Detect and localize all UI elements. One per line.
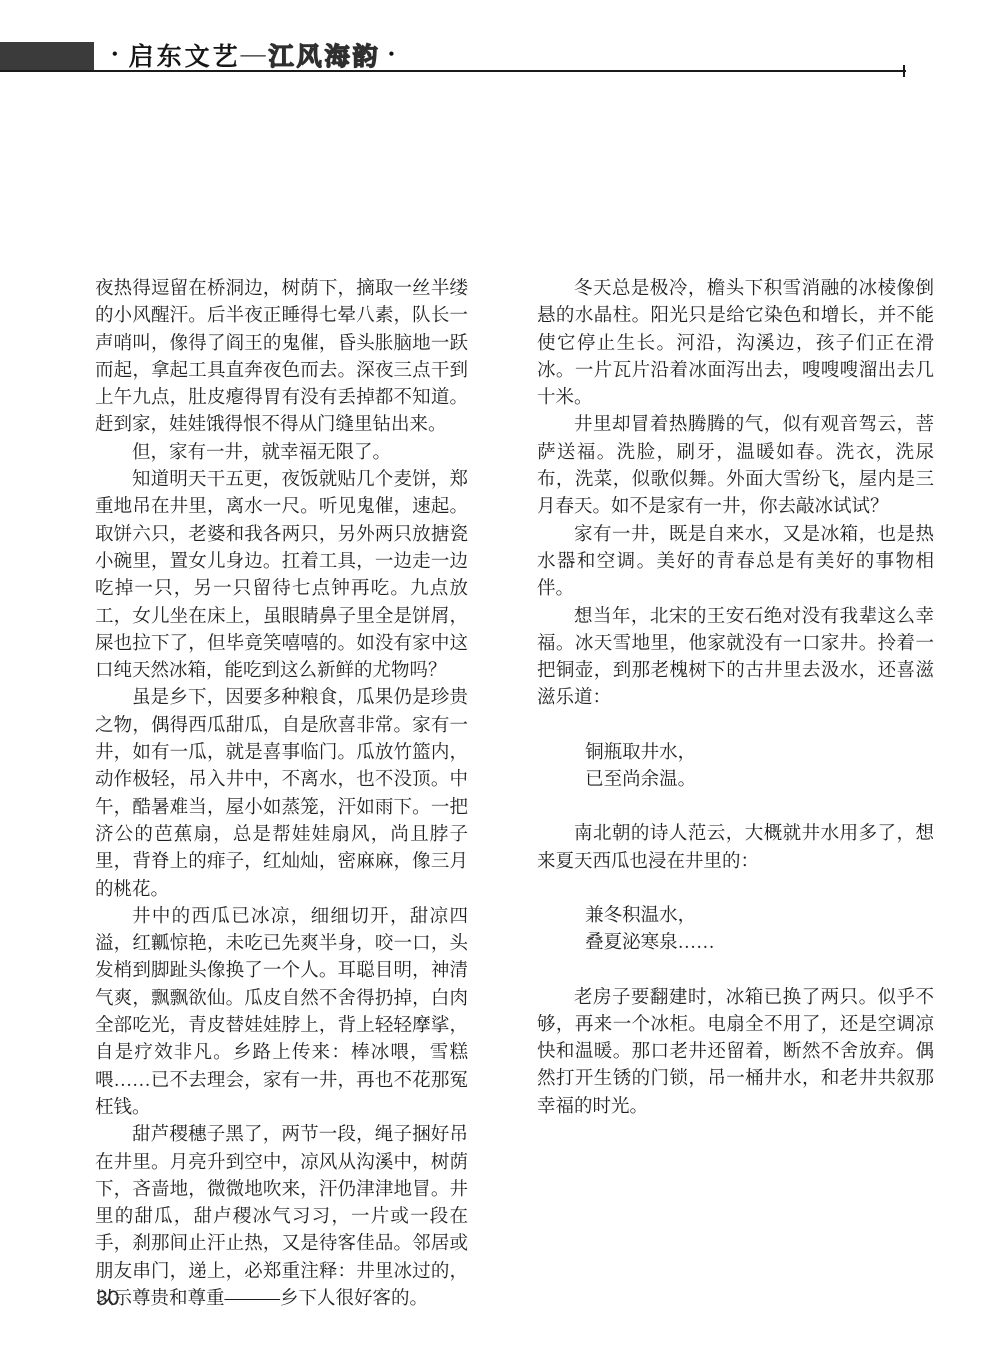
title-bullet-left: • xyxy=(112,46,121,64)
paragraph: 家有一井，既是自来水，又是冰箱，也是热水器和空调。美好的青春总是有美好的事物相伴… xyxy=(537,522,934,604)
paragraph: 南北朝的诗人范云，大概就井水用多了，想来夏天西瓜也浸在井里的： xyxy=(537,821,934,876)
paragraph: 想当年，北宋的王安石绝对没有我辈这么幸福。冰天雪地里，他家就没有一口家井。拎着一… xyxy=(537,604,934,713)
header-corner-block xyxy=(0,42,94,70)
right-column: 冬天总是极冷，檐头下积雪消融的冰棱像倒悬的水晶柱。阳光只是给它染色和增长，并不能… xyxy=(537,276,934,1121)
paragraph: 老房子要翻建时，冰箱已换了两只。似乎不够，再来一个冰柜。电扇全不用了，还是空调凉… xyxy=(537,985,934,1121)
magazine-title: • 启东文艺 — 江风海韵 • xyxy=(104,40,405,70)
paragraph: 甜芦稷穗子黑了，两节一段，绳子捆好吊在井里。月亮升到空中，凉风从沟溪中，树荫下，… xyxy=(95,1122,468,1313)
left-column: 夜热得逗留在桥洞边，树荫下，摘取一丝半缕的小风醒汗。后半夜正睡得七晕八素，队长一… xyxy=(95,276,468,1313)
paragraph: 井中的西瓜已冰凉，细细切开，甜凉四溢，红瓤惊艳，未吃已先爽半身，咬一口，头发梢到… xyxy=(95,904,468,1122)
title-sub: 江风海韵 xyxy=(269,37,381,73)
page-number: 30 xyxy=(96,1287,119,1311)
paragraph: 但，家有一井，就幸福无限了。 xyxy=(95,440,468,467)
poem-line: 兼冬积温水， xyxy=(585,903,934,930)
poem-quote: 铜瓶取井水， 已至尚余温。 xyxy=(537,740,934,795)
title-main: 启东文艺 xyxy=(129,37,241,73)
paragraph: 冬天总是极冷，檐头下积雪消融的冰棱像倒悬的水晶柱。阳光只是给它染色和增长，并不能… xyxy=(537,276,934,412)
paragraph: 知道明天干五更，夜饭就贴几个麦饼，郑重地吊在井里，离水一尺。听见鬼催，速起。取饼… xyxy=(95,467,468,685)
magazine-page: • 启东文艺 — 江风海韵 • 夜热得逗留在桥洞边，树荫下，摘取一丝半缕的小风醒… xyxy=(0,0,1000,1357)
header-rule-end-tick xyxy=(903,65,905,77)
paragraph: 虽是乡下，因要多种粮食，瓜果仍是珍贵之物，偶得西瓜甜瓜，自是欣喜非常。家有一井，… xyxy=(95,685,468,903)
poem-line: 已至尚余温。 xyxy=(585,767,934,794)
title-dash: — xyxy=(241,41,269,69)
poem-quote: 兼冬积温水， 叠夏泌寒泉…… xyxy=(537,903,934,958)
poem-line: 铜瓶取井水， xyxy=(585,740,934,767)
poem-line: 叠夏泌寒泉…… xyxy=(585,930,934,957)
paragraph: 井里却冒着热腾腾的气，似有观音驾云，菩萨送福。洗脸，刷牙，温暖如春。洗衣，洗尿布… xyxy=(537,412,934,521)
title-bullet-right: • xyxy=(389,46,398,64)
paragraph: 夜热得逗留在桥洞边，树荫下，摘取一丝半缕的小风醒汗。后半夜正睡得七晕八素，队长一… xyxy=(95,276,468,440)
